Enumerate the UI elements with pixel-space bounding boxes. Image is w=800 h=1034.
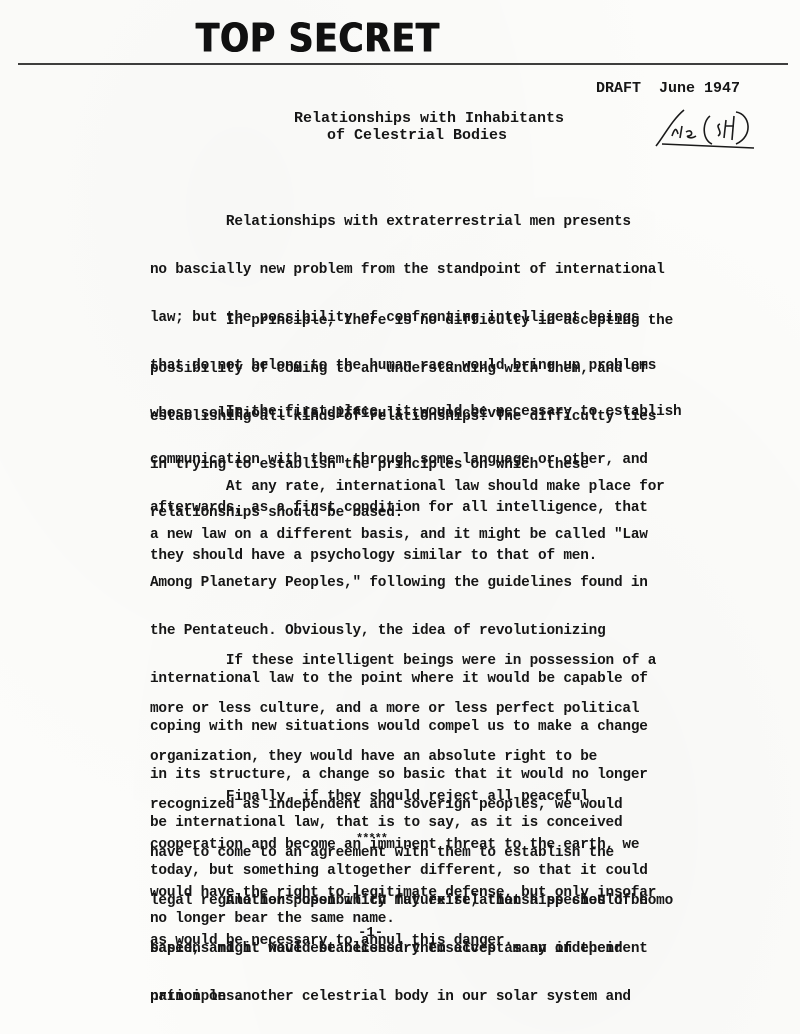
page-number: -1- [358,925,383,941]
text-line: Another possibility may exist, that a sp… [150,893,750,909]
document-date: June 1947 [659,80,740,97]
text-line: cooperation and become an imminent threa… [150,837,750,853]
document-title: Relationships with Inhabitants of Celest… [150,110,564,144]
document-page: TOP SECRET DRAFT June 1947 Relationships… [0,0,800,1034]
draft-date-line: DRAFT June 1947 [596,80,740,97]
title-line-1: Relationships with Inhabitants [294,110,564,127]
text-line: If these intelligent beings were in poss… [150,653,750,669]
paragraph-7: Another possibility may exist, that a sp… [150,861,750,1034]
text-line: no bascially new problem from the standp… [150,262,750,278]
section-separator: ***** [356,832,387,846]
text-line: Among Planetary Peoples," following the … [150,575,750,591]
top-secret-stamp: TOP SECRET [196,16,356,69]
text-line: At any rate, international law should ma… [150,479,750,495]
text-line: In principle, there is no difficulty in … [150,313,750,329]
title-line-2: of Celestrial Bodies [150,127,564,144]
text-line: In the first place, it would be necessar… [150,404,750,420]
text-line: a new law on a different basis, and it m… [150,527,750,543]
header-rule [18,63,788,65]
handwritten-file-note-icon [650,106,760,150]
text-line: nation on another celestrial body in our… [150,989,750,1005]
text-line: Finally, if they should reject all peace… [150,789,750,805]
text-line: Relationships with extraterrestrial men … [150,214,750,230]
draft-label: DRAFT [596,80,641,97]
text-line: more or less culture, and a more or less… [150,701,750,717]
text-line: sapiens might have established themselve… [150,941,750,957]
